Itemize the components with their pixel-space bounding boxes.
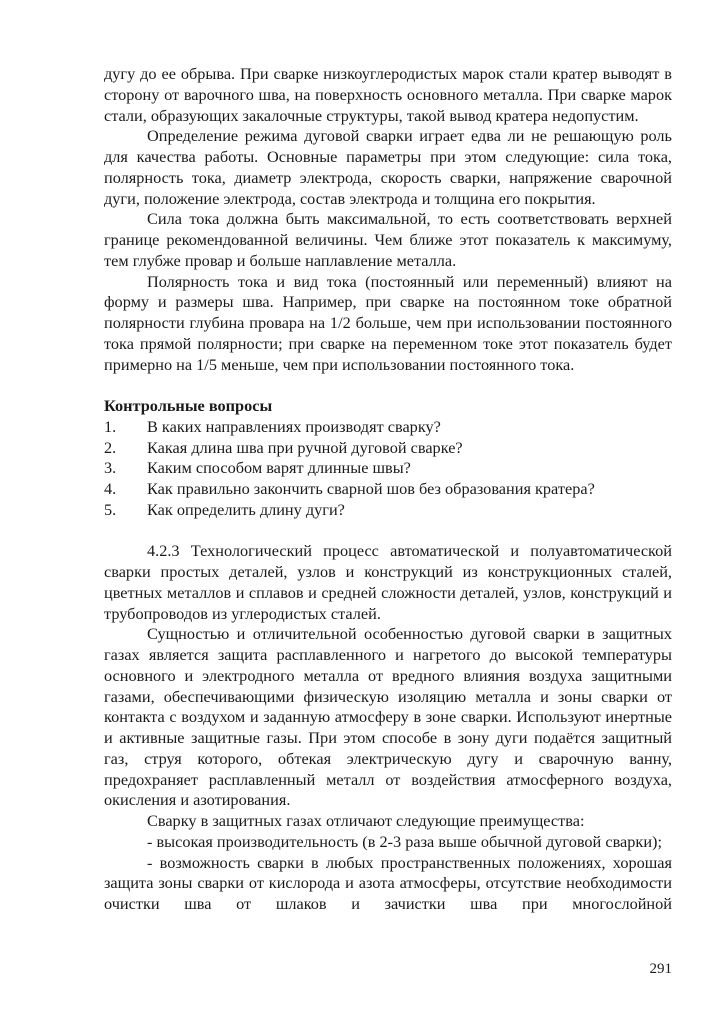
questions-heading: Контрольные вопросы — [104, 396, 672, 417]
question-item: 2.Какая длина шва при ручной дуговой сва… — [104, 438, 672, 459]
spacer — [104, 375, 672, 396]
question-number: 3. — [104, 458, 147, 479]
page-number: 291 — [620, 961, 672, 978]
section-title-4-2-3: 4.2.3 Технологический процесс автоматиче… — [104, 541, 672, 624]
advantage-item-positions: - возможность сварки в любых пространств… — [104, 853, 672, 915]
paragraph-shielding-gas: Сущностью и отличительной особенностью д… — [104, 624, 672, 811]
spacer — [104, 521, 672, 542]
question-number: 1. — [104, 417, 147, 438]
advantage-item-productivity: - высокая производительность (в 2-3 раза… — [104, 832, 672, 853]
question-item: 4.Как правильно закончить сварной шов бе… — [104, 479, 672, 500]
paragraph-current-strength: Сила тока должна быть максимальной, то е… — [104, 209, 672, 271]
question-text: Как определить длину дуги? — [147, 500, 345, 521]
question-text: Какая длина шва при ручной дуговой сварк… — [147, 438, 463, 459]
paragraph-crater-end: дугу до ее обрыва. При сварке низкоуглер… — [104, 64, 672, 126]
question-number: 2. — [104, 438, 147, 459]
question-text: В каких направлениях производят сварку? — [147, 417, 441, 438]
question-item: 3.Каким способом варят длинные швы? — [104, 458, 672, 479]
paragraph-current-polarity: Полярность тока и вид тока (постоянный и… — [104, 272, 672, 376]
paragraph-advantages-intro: Сварку в защитных газах отличают следующ… — [104, 811, 672, 832]
document-page: дугу до ее обрыва. При сварке низкоуглер… — [104, 64, 672, 915]
question-text: Как правильно закончить сварной шов без … — [147, 479, 595, 500]
questions-list: 1.В каких направлениях производят сварку… — [104, 417, 672, 521]
question-item: 1.В каких направлениях производят сварку… — [104, 417, 672, 438]
question-number: 5. — [104, 500, 147, 521]
question-text: Каким способом варят длинные швы? — [147, 458, 411, 479]
question-number: 4. — [104, 479, 147, 500]
question-item: 5.Как определить длину дуги? — [104, 500, 672, 521]
paragraph-welding-mode: Определение режима дуговой сварки играет… — [104, 126, 672, 209]
